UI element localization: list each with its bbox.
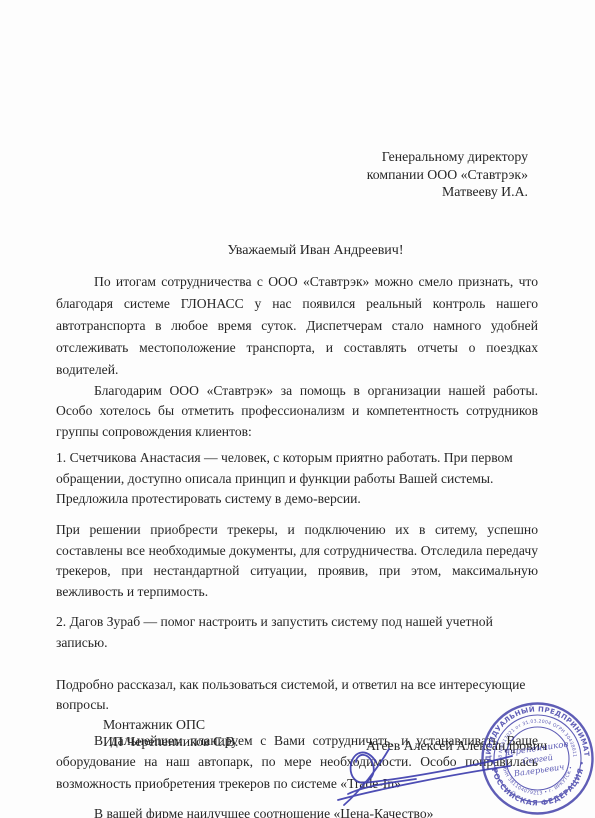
signer-title: Монтажник ОПС: [103, 716, 238, 733]
paragraph: Подробно рассказал, как пользоваться сис…: [56, 675, 538, 716]
spacer: [56, 602, 538, 612]
paragraph: 2. Дагов Зураб — помог настроить и запус…: [56, 612, 538, 653]
salutation: Уважаемый Иван Андреевич!: [0, 242, 595, 260]
paragraph: По итогам сотрудничества с ООО «Ставтрэк…: [56, 271, 538, 381]
paragraph: 1. Счетчикова Анастасия — человек, с кот…: [56, 448, 538, 510]
paragraph: Благодарим ООО «Ставтрэк» за помощь в ор…: [56, 381, 538, 443]
stamp-center-line: Валерьевич: [512, 761, 565, 778]
spacer: [56, 654, 538, 669]
signature-block-left: Монтажник ОПС ИП Черепенников С.В.: [103, 716, 238, 750]
spacer: [56, 510, 538, 520]
recipient-line: компании ООО «Ставтрэк»: [0, 166, 528, 184]
recipient-line: Матвееву И.А.: [0, 183, 528, 201]
scanned-letter-page: Генеральному директору компании ООО «Ста…: [0, 0, 595, 818]
recipient-block: Генеральному директору компании ООО «Ста…: [0, 0, 528, 201]
paragraph: При решении приобрести трекеры, и подклю…: [56, 520, 538, 602]
handwritten-signature: [334, 746, 519, 808]
signer-name: ИП Черепенников С.В.: [103, 733, 238, 750]
recipient-line: Генеральному директору: [0, 148, 528, 166]
